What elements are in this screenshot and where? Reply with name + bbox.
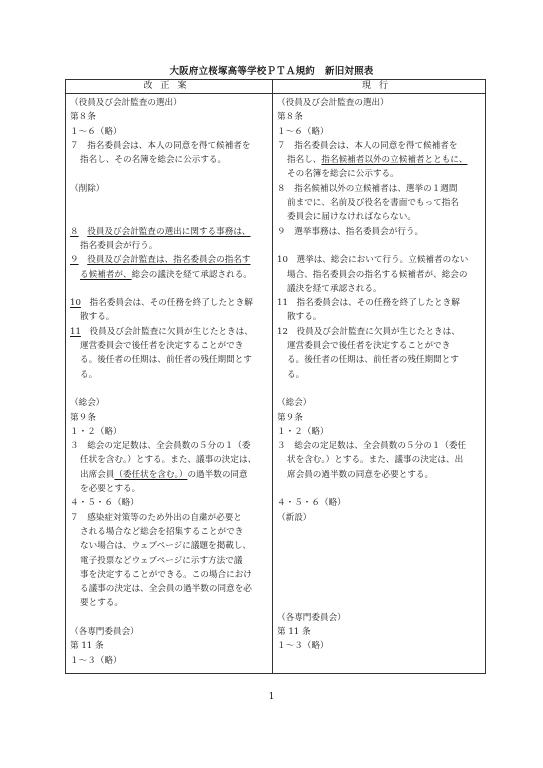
title-main: 大阪府立桜塚高等学校ＰＴＡ規約: [169, 66, 315, 77]
clause: １～６（略）: [277, 125, 482, 139]
clause: １～３（略）: [277, 639, 482, 653]
clause: １・２（略）: [277, 425, 482, 439]
clause: 12 役員及び会計監査に欠員が生じたときは、: [277, 325, 482, 339]
clause: 散する。: [277, 310, 482, 324]
clause: 11 指名委員会は、その任務を終了したとき解: [277, 296, 482, 310]
clause: 指名委員会が行う。: [70, 239, 269, 253]
clause: ９ 役員及び会計監査は、指名委員会の指名す: [70, 253, 269, 267]
document-title: 大阪府立桜塚高等学校ＰＴＡ規約新旧対照表: [0, 63, 543, 77]
article-label: 第９条: [277, 411, 482, 425]
clause: る。後任者の任期は、前任者の残任期間とす: [277, 353, 482, 367]
clause: ７ 感染症対策等のため外出の自粛が必要と: [70, 511, 269, 525]
clause: ３ 総会の定足数は、全会員数の５分の１（委: [70, 439, 269, 453]
section-heading: （総会）: [277, 396, 482, 410]
clause: ８ 指名候補以外の立候補者は、選挙の１週間: [277, 182, 482, 196]
clause: 散する。: [70, 310, 269, 324]
clause: １～６（略）: [70, 125, 269, 139]
section-heading: （各専門委員会）: [70, 625, 269, 639]
clause: 指名し、その名簿を総会に公示する。: [70, 153, 269, 167]
clause: 状を含む。）とする。また、議事の決定は、出: [277, 453, 482, 467]
clause: 場合、指名委員会の指名する候補者が、総会の: [277, 268, 482, 282]
clause: 任状を含む。）とする。また、議事の決定は、: [70, 453, 269, 467]
clause: 要とする。: [70, 596, 269, 610]
clause: ４・５・６（略）: [70, 496, 269, 510]
new-note: （新設）: [277, 511, 482, 525]
clause: る。後任者の任期は、前任者の残任期間とす: [70, 353, 269, 367]
section-heading: （総会）: [70, 396, 269, 410]
article-label: 第９条: [70, 411, 269, 425]
clause: ７ 指名委員会は、本人の同意を得て候補者を: [70, 139, 269, 153]
deleted-note: （削除）: [70, 182, 269, 196]
clause: を必要とする。: [70, 482, 269, 496]
clause: １～３（略）: [70, 654, 269, 668]
clause: ８ 役員及び会計監査の選出に関する事務は、: [70, 225, 269, 239]
page-number: 1: [0, 692, 543, 702]
clause: 10 指名委員会は、その任務を終了したとき解: [70, 296, 269, 310]
clause: 運営委員会で後任者を決定することができ: [277, 339, 482, 353]
article-label: 第８条: [70, 110, 269, 124]
clause: 10 選挙は、総会において行う。立候補者のない: [277, 253, 482, 267]
clause: ４・５・６（略）: [277, 496, 482, 510]
article-label: 第 11 条: [70, 639, 269, 653]
clause: る議事の決定は、全会員の過半数の同意を必: [70, 582, 269, 596]
clause: ない場合は、ウェブページに議題を掲載し、: [70, 539, 269, 553]
clause: 運営委員会で後任者を決定することができ: [70, 339, 269, 353]
clause: その名簿を総会に公示する。: [277, 167, 482, 181]
clause: ７ 指名委員会は、本人の同意を得て候補者を: [277, 139, 482, 153]
clause: 11 役員及び会計監査に欠員が生じたときは、: [70, 325, 269, 339]
clause: る候補者が、総会の議決を経て承認される。: [70, 268, 269, 282]
column-revised: （役員及び会計監査の選出） 第８条 １～６（略） ７ 指名委員会は、本人の同意を…: [66, 94, 273, 674]
header-revised: 改正案: [66, 80, 273, 94]
article-label: 第８条: [277, 110, 482, 124]
clause: 指名し、指名候補者以外の立候補者とともに、: [277, 153, 482, 167]
clause: 出席会員（委任状を含む。）の過半数の同意: [70, 468, 269, 482]
clause: 委員会に届けなければならない。: [277, 210, 482, 224]
clause: 電子投票などウェブページに示す方法で議: [70, 554, 269, 568]
clause: る。: [277, 368, 482, 382]
clause: １・２（略）: [70, 425, 269, 439]
clause: される場合など総会を招集することができ: [70, 525, 269, 539]
section-heading: （役員及び会計監査の選出）: [277, 96, 482, 110]
header-current: 現行: [273, 80, 486, 94]
title-sub: 新旧対照表: [325, 66, 374, 77]
clause: 事を決定することができる。この場合におけ: [70, 568, 269, 582]
clause: 前までに、名前及び役名を書面でもって指名: [277, 196, 482, 210]
clause: ３ 総会の定足数は、全会員数の５分の１（委任: [277, 439, 482, 453]
clause: る。: [70, 368, 269, 382]
section-heading: （各専門委員会）: [277, 611, 482, 625]
clause: 議決を経て承認される。: [277, 282, 482, 296]
column-current: （役員及び会計監査の選出） 第８条 １～６（略） ７ 指名委員会は、本人の同意を…: [273, 94, 486, 674]
clause: ９ 選挙事務は、指名委員会が行う。: [277, 225, 482, 239]
section-heading: （役員及び会計監査の選出）: [70, 96, 269, 110]
article-label: 第 11 条: [277, 625, 482, 639]
clause: 席会員の過半数の同意を必要とする。: [277, 468, 482, 482]
comparison-table: 改正案 現行 （役員及び会計監査の選出） 第８条 １～６（略） ７ 指名委員会は…: [65, 79, 486, 674]
